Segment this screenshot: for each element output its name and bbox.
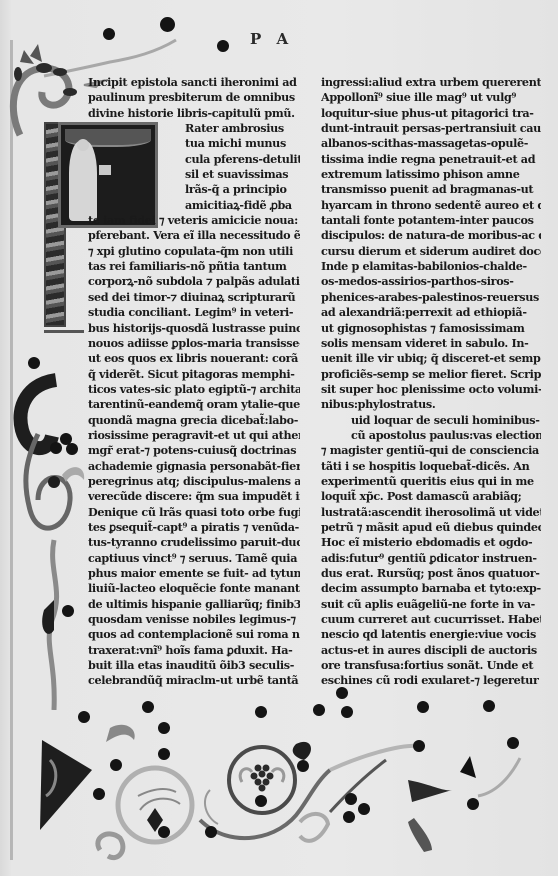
text-line: decim assumpto barnaba et tyto:exp- — [321, 581, 541, 596]
text-line: suit cũ aplis euãgeliũ-ne forte in va- — [321, 597, 541, 612]
text-line: dus erat. Rursũq; post ãnos quatuor- — [321, 566, 541, 581]
text-line: buit illa etas inauditũ õib3 seculis- — [88, 658, 300, 673]
text-line: tarentinũ-eandemq̃ oram ytalie-que — [88, 397, 300, 412]
decorative-dot — [336, 687, 348, 699]
text-line: ⁊ xpi glutino copulata-q̃m non utili — [88, 244, 300, 259]
decorative-dot — [50, 442, 62, 454]
text-line: phenices-arabes-palestinos-reuersus — [321, 290, 541, 305]
text-line: corporꝝ-nõ subdola ⁊ palpãs adulatio- — [88, 274, 300, 289]
text-line: Hoc eĩ misterio ebdomadis et ogdo- — [321, 535, 541, 550]
text-line: transmisso puenit ad bragmanas-ut — [321, 182, 541, 197]
text-line: cuum curreret aut cucurrisset. Habet — [321, 612, 541, 627]
text-line: Appollonĩ⁹ siue ille mag⁹ ut vulg⁹ — [321, 90, 541, 105]
decorative-dot — [255, 795, 267, 807]
decorative-dot — [413, 740, 425, 752]
text-line: captiuus vinct⁹ ⁊ seruus. Tamẽ quia — [88, 551, 300, 566]
decorative-dot — [158, 826, 170, 838]
decorative-dot — [28, 357, 40, 369]
text-line: traxerat:vnĩ⁹ hoĩs fama ꝑduxit. Ha- — [88, 643, 300, 658]
text-line: liuiũ-lacteo eloquẽcie fonte manantẽ- — [88, 581, 300, 596]
text-line: paulinum presbiterum de omnibus — [88, 90, 300, 105]
decorative-dot — [217, 40, 229, 52]
gutter-line — [10, 40, 13, 860]
running-head: P A — [250, 30, 296, 50]
text-line: Incipit epistola sancti iheronimi ad — [88, 75, 300, 90]
text-line: ticos vates-sic plato egiptũ-⁊ archita — [88, 382, 300, 397]
text-line: adis:futur⁹ gentiũ ꝑdicator instruen- — [321, 551, 541, 566]
decorative-dot — [158, 748, 170, 760]
text-line: verecũde discere: q̃m sua impudẽt ingerẽ… — [88, 489, 300, 504]
text-line: quondã magna grecia dicebat̃:labo- — [88, 413, 300, 428]
left-border-vine-icon — [8, 370, 88, 710]
text-line: ut gignosophistas ⁊ famosissimam — [321, 321, 541, 336]
decorative-dot — [62, 605, 74, 617]
text-line: experimentũ queritis eius qui in me — [321, 474, 541, 489]
text-line: cursu dierum et siderum audiret docentem… — [321, 244, 541, 259]
decorative-dot — [358, 803, 370, 815]
text-line: tus-tyranno crudelissimo paruit-duct⁹ — [88, 535, 300, 550]
decorative-dot — [313, 704, 325, 716]
text-line: loquit̃ xp̃c. Post damascũ arabiãq; — [321, 489, 541, 504]
text-line: tissima indie regna penetrauit-et ad — [321, 152, 541, 167]
text-line: Rater ambrosius — [88, 121, 300, 136]
text-line: Inde p elamitas-babilonios-chalde- — [321, 259, 541, 274]
decorative-dot — [341, 706, 353, 718]
decorative-dot — [297, 760, 309, 772]
text-line: hyarcam in throno sedentẽ aureo et de — [321, 198, 541, 213]
text-line: solis mensam videret in sabulo. In- — [321, 336, 541, 351]
text-line: tantali fonte potantem-inter paucos — [321, 213, 541, 228]
text-line: tua michi munus — [88, 136, 300, 151]
text-line: bus historijs-quosdã lustrasse puincias. — [88, 321, 300, 336]
decorative-dot — [255, 706, 267, 718]
text-line: proficiẽs-semp se melior fieret. Scrip- — [321, 367, 541, 382]
text-line: uid loquar de seculi hominibus- — [321, 413, 541, 428]
text-line: peregrinus atq; discipulus-malens aliena — [88, 474, 300, 489]
decorative-dot — [158, 722, 170, 734]
decorative-dot — [417, 701, 429, 713]
text-line: tes ꝑsequit̃-capt⁹ a piratis ⁊ venũda- — [88, 520, 300, 535]
text-line: uenit ille vir ubiq; q̃ disceret-et semp — [321, 351, 541, 366]
running-head-left: P — [250, 30, 263, 48]
decorative-dot — [345, 793, 357, 805]
text-line: ⁊ magister gentiũ-qui de consciencia — [321, 443, 541, 458]
text-line: sit super hoc plenissime octo volumi- — [321, 382, 541, 397]
running-head-right: A — [277, 30, 291, 48]
text-line: amicitiaꝝ-fidẽ ꝓba — [88, 198, 300, 213]
decorative-dot — [103, 28, 115, 40]
text-line: sil et suavissimas — [88, 167, 300, 182]
text-line: q̃ viderẽt. Sicut pitagoras memphi- — [88, 367, 300, 382]
text-line: ad alexandriã:perrexit ad ethiopiã- — [321, 305, 541, 320]
bottom-border-vine-icon — [0, 700, 558, 870]
text-line: cũ apostolus paulus:vas electionĩs- — [321, 428, 541, 443]
text-line: lustratã:ascendit iherosolimã ut videt — [321, 505, 541, 520]
text-line: Denique cũ lrãs quasi toto orbe fugien- — [88, 505, 300, 520]
text-line: albanos-scithas-massagetas-opulẽ- — [321, 136, 541, 151]
text-line: de ultimis hispanie galliarũq; finib3 — [88, 597, 300, 612]
decorative-dot — [78, 711, 90, 723]
text-line: te iam fidei ⁊ veteris amicicie noua: — [88, 213, 300, 228]
decorative-dot — [343, 811, 355, 823]
text-line: ut eos quos ex libris nouerant: corã — [88, 351, 300, 366]
decorative-dot — [160, 17, 175, 32]
text-line: divine historie libris-capitulũ pmũ. — [88, 106, 300, 121]
text-line: lrãs-q̃ a principio — [88, 182, 300, 197]
text-line: os-medos-assirios-parthos-siros- — [321, 274, 541, 289]
text-column-left: Incipit epistola sancti iheronimi ad pau… — [88, 75, 300, 689]
decorative-dot — [110, 759, 122, 771]
text-line: sed dei timor-⁊ diuinaꝝ scripturarũ — [88, 290, 300, 305]
text-line: nescio qd latentis energie:viue vocis — [321, 627, 541, 642]
manuscript-page: P A Incipit epistola sancti iheronimi — [0, 0, 558, 876]
text-line: eschines cũ rodi exularet-⁊ legeretur — [321, 673, 541, 688]
text-line: ingressi:aliud extra urbem quererent. — [321, 75, 541, 90]
text-column-right: ingressi:aliud extra urbem quererent. Ap… — [321, 75, 541, 689]
text-line: pferebant. Vera eĩ illa necessitudo ẽ- — [88, 228, 300, 243]
text-line: riosissime peragravit-et ut qui athenis — [88, 428, 300, 443]
text-line: loquitur-siue phus-ut pitagorici tra- — [321, 106, 541, 121]
decorative-dot — [467, 798, 479, 810]
text-line: nouos adiisse ꝑplos-maria transisse- — [88, 336, 300, 351]
decorative-dot — [93, 788, 105, 800]
text-line: nibus:phylostratus. — [321, 397, 541, 412]
decorative-dot — [66, 443, 78, 455]
decorative-dot — [205, 826, 217, 838]
text-line: tas rei familiaris-nõ pñtia tantum — [88, 259, 300, 274]
decorative-dot — [142, 701, 154, 713]
decorative-dot — [507, 737, 519, 749]
text-line: discipulos: de natura-de moribus-ac de — [321, 228, 541, 243]
initial-letter-foot — [44, 318, 84, 333]
text-line: mgr̃ erat-⁊ potens-cuiusq̃ doctrinas — [88, 443, 300, 458]
text-line: phus maior emente se fuit- ad tytum — [88, 566, 300, 581]
text-line: celebrandũq̃ miraclm-ut urbẽ tantã — [88, 673, 300, 688]
text-line: tãti i se hospitis loquebat̃-dicẽs. An — [321, 459, 541, 474]
text-line: dunt-intrauit persas-pertransiuit caucas… — [321, 121, 541, 136]
text-line: petrũ ⁊ mãsit apud eũ diebus quindecĩ. — [321, 520, 541, 535]
text-line: ore transfusa:fortius sonãt. Unde et — [321, 658, 541, 673]
decorative-dot — [483, 700, 495, 712]
text-line: achademie gignasia personabãt-fieret — [88, 459, 300, 474]
text-line: extremum latissimo phison amne — [321, 167, 541, 182]
text-line: quos ad contemplacionẽ sui roma nõ — [88, 627, 300, 642]
text-line: actus-et in aures discipli de auctoris — [321, 643, 541, 658]
text-line: quosdam venisse nobiles legimus-⁊ — [88, 612, 300, 627]
text-line: cula pferens-detulit — [88, 152, 300, 167]
text-line: studia conciliant. Legim⁹ in veteri- — [88, 305, 300, 320]
